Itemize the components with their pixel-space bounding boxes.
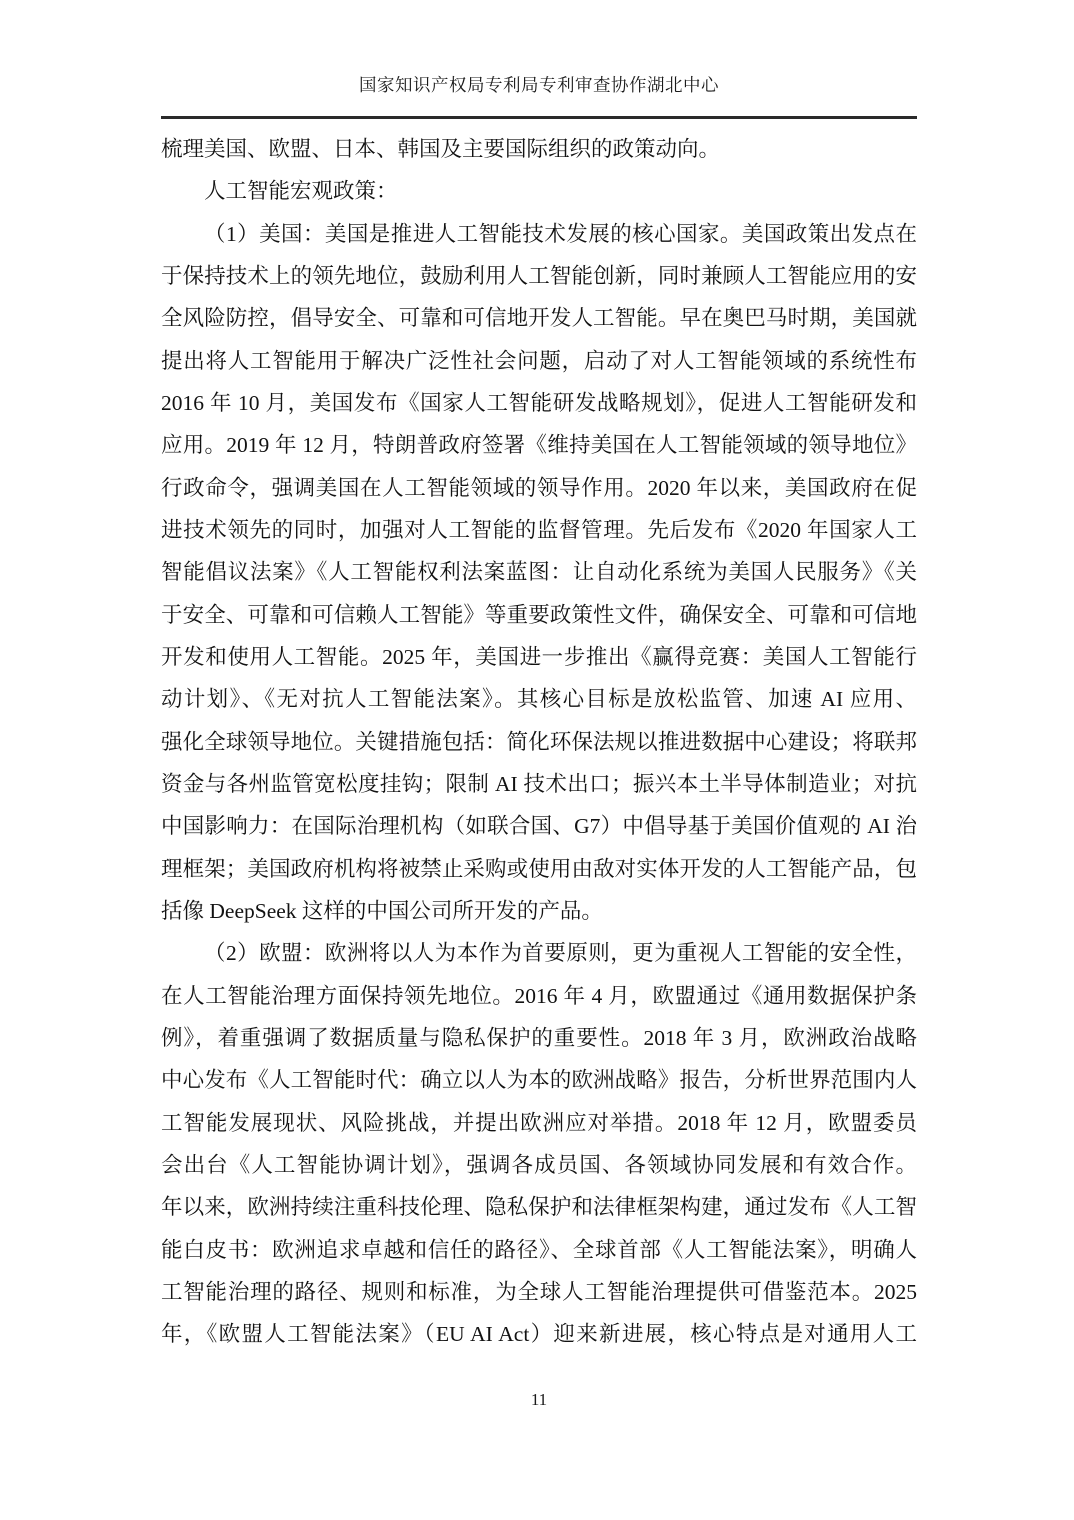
- text-line: 人工智能宏观政策：: [161, 170, 917, 212]
- text-line: 在人工智能治理方面保持领先地位。2016 年 4 月，欧盟通过《通用数据保护条: [161, 975, 917, 1017]
- document-body: 梳理美国、欧盟、日本、韩国及主要国际组织的政策动向。人工智能宏观政策：（1）美国…: [161, 128, 917, 1356]
- text-line: 工智能治理的路径、规则和标准，为全球人工智能治理提供可借鉴范本。2025: [161, 1271, 917, 1313]
- document-page: 国家知识产权局专利局专利审查协作湖北中心 梳理美国、欧盟、日本、韩国及主要国际组…: [0, 0, 1074, 1520]
- text-line: 提出将人工智能用于解决广泛性社会问题，启动了对人工智能领域的系统性布局。: [161, 340, 917, 382]
- text-line: 理框架；美国政府机构将被禁止采购或使用由敌对实体开发的人工智能产品，包: [161, 848, 917, 890]
- text-line: 智能倡议法案》《人工智能权利法案蓝图：让自动化系统为美国人民服务》《关: [161, 551, 917, 593]
- text-line: 工智能发展现状、风险挑战，并提出欧洲应对举措。2018 年 12 月，欧盟委员: [161, 1102, 917, 1144]
- text-line: 2016 年 10 月，美国发布《国家人工智能研发战略规划》，促进人工智能研发和: [161, 382, 917, 424]
- text-line: 年，《欧盟人工智能法案》（EU AI Act）迎来新进展，核心特点是对通用人工: [161, 1313, 917, 1355]
- page-footer: 11: [161, 1389, 917, 1411]
- text-line: 应用。2019 年 12 月，特朗普政府签署《维持美国在人工智能领域的领导地位》: [161, 424, 917, 466]
- text-line: 动计划》、《无对抗人工智能法案》。其核心目标是放松监管、加速 AI 应用、: [161, 678, 917, 720]
- text-line: 全风险防控，倡导安全、可靠和可信地开发人工智能。早在奥巴马时期，美国就: [161, 297, 917, 339]
- text-line: 行政命令，强调美国在人工智能领域的领导作用。2020 年以来，美国政府在促: [161, 467, 917, 509]
- text-line: 括像 DeepSeek 这样的中国公司所开发的产品。: [161, 890, 917, 932]
- text-line: 于安全、可靠和可信赖人工智能》等重要政策性文件，确保安全、可靠和可信地: [161, 594, 917, 636]
- text-line: 强化全球领导地位。关键措施包括：简化环保法规以推进数据中心建设；将联邦: [161, 721, 917, 763]
- text-line: （2）欧盟：欧洲将以人为本作为首要原则，更为重视人工智能的安全性，: [161, 932, 917, 974]
- text-line: （1）美国：美国是推进人工智能技术发展的核心国家。美国政策出发点在: [161, 213, 917, 255]
- text-line: 能白皮书：欧洲追求卓越和信任的路径》、全球首部《人工智能法案》，明确人: [161, 1229, 917, 1271]
- text-line: 例》，着重强调了数据质量与隐私保护的重要性。2018 年 3 月，欧洲政治战略: [161, 1017, 917, 1059]
- page-number: 11: [531, 1390, 547, 1409]
- text-line: 中心发布《人工智能时代：确立以人为本的欧洲战略》报告，分析世界范围内人: [161, 1059, 917, 1101]
- text-line: 年以来，欧洲持续注重科技伦理、隐私保护和法律框架构建，通过发布《人工智: [161, 1186, 917, 1228]
- text-line: 梳理美国、欧盟、日本、韩国及主要国际组织的政策动向。: [161, 128, 917, 170]
- text-line: 资金与各州监管宽松度挂钩；限制 AI 技术出口；振兴本土半导体制造业；对抗: [161, 763, 917, 805]
- header-rule: [161, 116, 917, 119]
- text-line: 于保持技术上的领先地位，鼓励利用人工智能创新，同时兼顾人工智能应用的安: [161, 255, 917, 297]
- text-line: 中国影响力：在国际治理机构（如联合国、G7）中倡导基于美国价值观的 AI 治: [161, 805, 917, 847]
- text-line: 会出台《人工智能协调计划》，强调各成员国、各领域协同发展和有效合作。2020: [161, 1144, 917, 1186]
- text-line: 进技术领先的同时，加强对人工智能的监督管理。先后发布《2020 年国家人工: [161, 509, 917, 551]
- text-line: 开发和使用人工智能。2025 年，美国进一步推出《赢得竞赛：美国人工智能行: [161, 636, 917, 678]
- header-title: 国家知识产权局专利局专利审查协作湖北中心: [161, 73, 917, 97]
